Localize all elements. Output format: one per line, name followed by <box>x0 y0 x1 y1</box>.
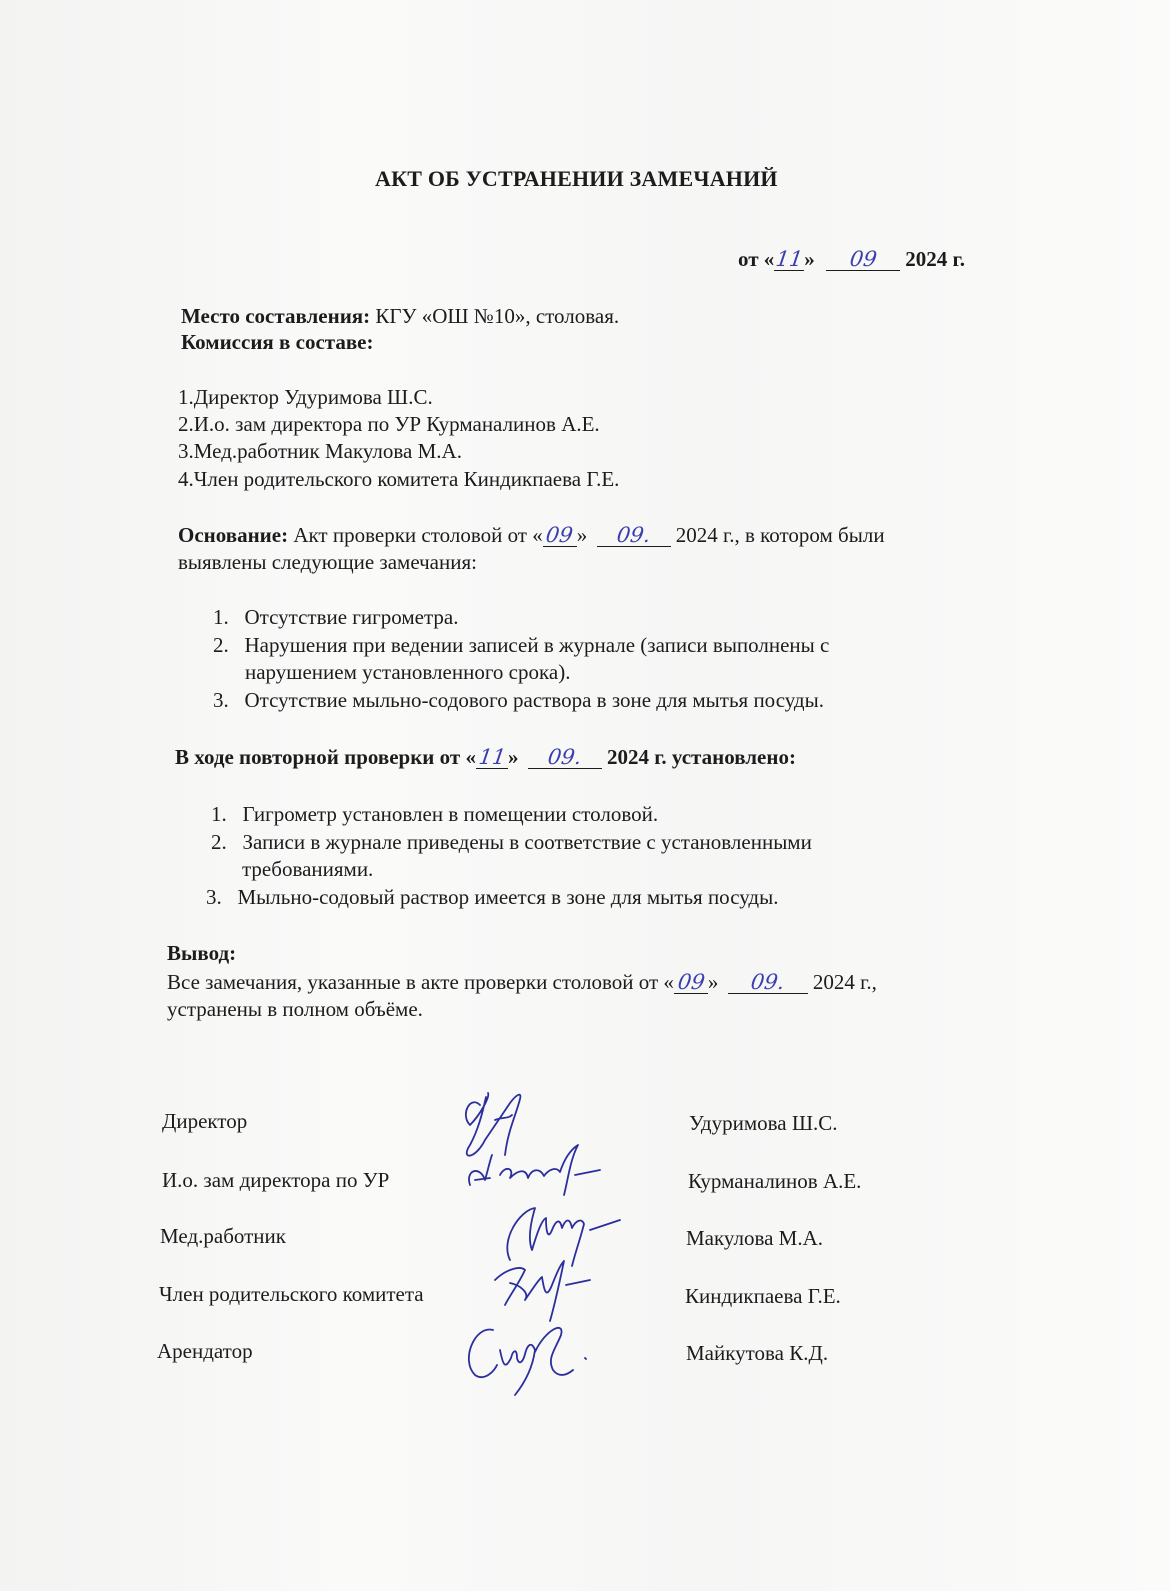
signature-role: Мед.работник <box>160 1223 286 1249</box>
basis-day-handwritten: 09 <box>543 524 577 547</box>
date-month-handwritten: 09 <box>826 248 900 271</box>
document-page: АКТ ОБ УСТРАНЕНИИ ЗАМЕЧАНИЙ от «11» 09 2… <box>0 0 1170 1591</box>
basis-line: Основание: Акт проверки столовой от «09»… <box>178 522 885 548</box>
document-title: АКТ ОБ УСТРАНЕНИИ ЗАМЕЧАНИЙ <box>375 166 778 192</box>
place-line: Место составления: КГУ «ОШ №10», столова… <box>181 303 619 329</box>
commission-member: 1.Директор Удуримова Ш.С. <box>178 384 433 410</box>
basis-line-2: выявлены следующие замечания: <box>178 549 477 575</box>
signature-tenant-icon <box>455 1310 605 1400</box>
finding-item: 1. Гигрометр установлен в помещении стол… <box>211 801 658 827</box>
finding-item-cont: требованиями. <box>242 856 373 882</box>
signature-name: Киндикпаева Г.Е. <box>685 1283 841 1309</box>
signature-role: И.о. зам директора по УР <box>162 1167 389 1193</box>
basis-label: Основание: <box>178 523 288 547</box>
recheck-day-handwritten: 11 <box>476 746 508 769</box>
finding-item: 3. Мыльно-содовый раствор имеется в зоне… <box>206 884 778 910</box>
recheck-month-handwritten: 09. <box>528 746 602 769</box>
conclusion-label: Вывод: <box>167 940 236 966</box>
document-date: от «11» 09 2024 г. <box>738 246 965 272</box>
commission-label: Комиссия в составе: <box>181 329 374 355</box>
finding-item: 2. Записи в журнале приведены в соответс… <box>211 829 812 855</box>
conclusion-line: Все замечания, указанные в акте проверки… <box>167 969 877 995</box>
signature-name: Макулова М.А. <box>686 1225 823 1251</box>
signature-role: Директор <box>162 1108 247 1134</box>
place-value: КГУ «ОШ №10», столовая. <box>375 304 619 328</box>
signature-name: Удуримова Ш.С. <box>689 1110 838 1136</box>
commission-member: 2.И.о. зам директора по УР Курманалинов … <box>178 411 600 437</box>
remark-item: 2. Нарушения при ведении записей в журна… <box>213 632 829 658</box>
signature-role: Арендатор <box>157 1338 253 1364</box>
conclusion-day-handwritten: 09 <box>674 971 708 994</box>
remark-item: 1. Отсутствие гигрометра. <box>213 604 458 630</box>
signature-name: Курманалинов А.Е. <box>688 1168 861 1194</box>
date-day-handwritten: 11 <box>774 248 804 271</box>
commission-member: 3.Мед.работник Макулова М.А. <box>178 438 462 464</box>
place-label: Место составления: <box>181 304 370 328</box>
conclusion-line-2: устранены в полном объёме. <box>167 996 423 1022</box>
recheck-line: В ходе повторной проверки от «11» 09. 20… <box>175 744 796 770</box>
remark-item: 3. Отсутствие мыльно-содового раствора в… <box>213 687 824 713</box>
commission-member: 4.Член родительского комитета Киндикпаев… <box>178 466 619 492</box>
remark-item-cont: нарушением установленного срока). <box>245 659 570 685</box>
basis-month-handwritten: 09. <box>597 524 671 547</box>
signature-role: Член родительского комитета <box>159 1281 424 1307</box>
signature-deputy-icon <box>460 1140 630 1200</box>
conclusion-month-handwritten: 09. <box>728 971 808 994</box>
signature-name: Майкутова К.Д. <box>686 1340 828 1366</box>
